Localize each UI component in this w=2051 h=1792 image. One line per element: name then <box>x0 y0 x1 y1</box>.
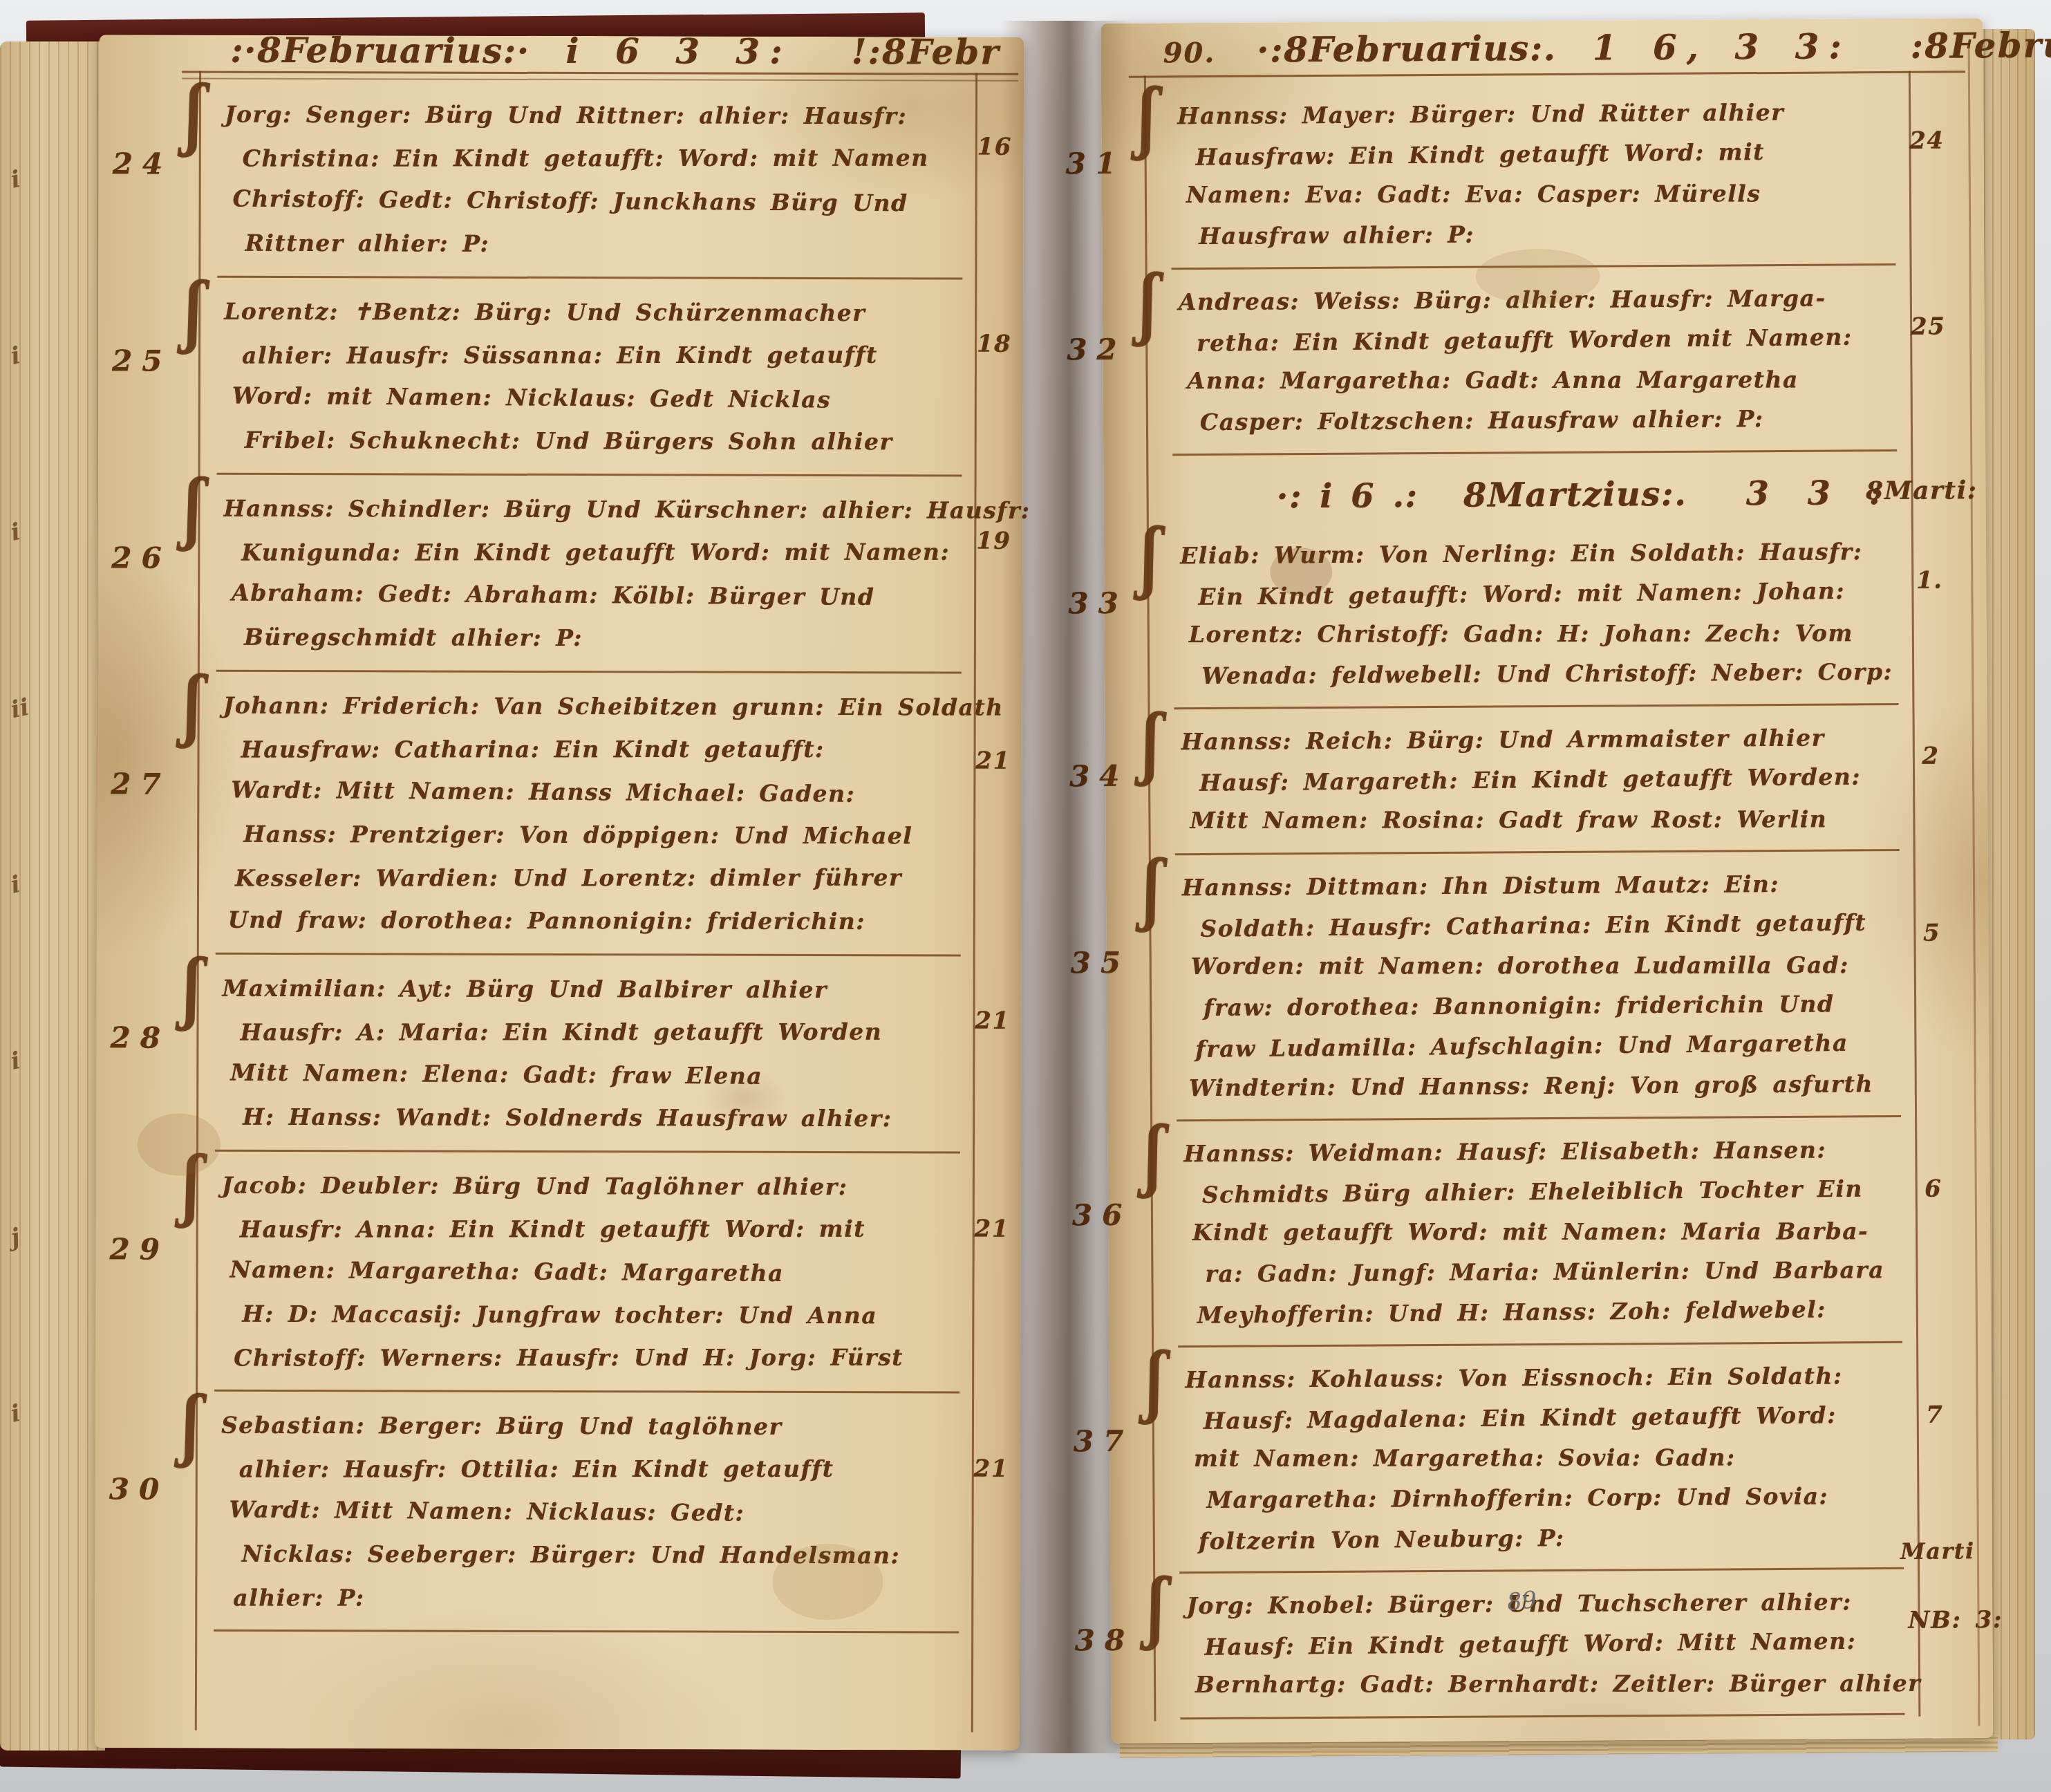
right-entries-column-feb: 31 Hannss: Mayer: Bürger: Und Rütter alh… <box>1170 80 1897 456</box>
edge-mark: i <box>8 165 23 194</box>
edge-mark: i <box>8 1047 23 1076</box>
entry-text: Hannss: Weidman: Hausf: Elisabeth: Hanse… <box>1183 1130 1898 1334</box>
march-margin-word: 8Marti: <box>1866 476 1978 505</box>
baptism-entry: 26 Hannss: Schindler: Bürg Und Kürschner… <box>216 475 962 674</box>
entry-number: 30 <box>109 1472 169 1506</box>
left-page-header: :·8Februarius:· i 6 3 3: !:8Febr <box>230 30 1000 73</box>
month-header-february: ·:8Februarius:. <box>1257 28 1557 71</box>
year-1633: 1 6, 3 3: <box>1592 26 1851 68</box>
entry-number: 27 <box>111 767 171 801</box>
edge-mark: i <box>8 342 23 371</box>
right-entries-column-mar: 33 Eliab: Wurm: Von Nerling: Ein Soldath… <box>1173 519 1905 1719</box>
left-page: :·8Februarius:· i 6 3 3: !:8Febr 24 Jorg… <box>95 35 1024 1750</box>
baptism-entry: 28 Maximilian: Ayt: Bürg Und Balbirer al… <box>215 955 961 1154</box>
edge-mark: j <box>8 1223 22 1252</box>
baptism-entry: 37 Hannss: Kohlauss: Von Eissnoch: Ein S… <box>1178 1343 1904 1574</box>
entry-number: 26 <box>111 541 171 575</box>
page-edge-rule <box>1968 46 1980 1726</box>
edge-mark: ii <box>8 693 32 724</box>
baptism-entry: 38 Jorg: Knobel: Bürger: Und Tuchscherer… <box>1179 1569 1904 1719</box>
margin-rule-right <box>971 73 977 1733</box>
entry-day-number: 6 <box>1906 1175 1961 1203</box>
entry-text: Jorg: Senger: Bürg Und Rittner: alhier: … <box>224 93 959 267</box>
year-1633: i 6 3 3: <box>566 30 792 72</box>
entry-text: Andreas: Weiss: Bürg: alhier: Hausfr: Ma… <box>1179 278 1893 442</box>
edge-mark: i <box>8 870 23 899</box>
entry-text: Eliab: Wurm: Von Nerling: Ein Soldath: H… <box>1180 532 1894 696</box>
entry-text: Hannss: Dittman: Ihn Distum Mautz: Ein:S… <box>1182 864 1897 1108</box>
baptism-entry: 34 Hannss: Reich: Bürg: Und Armmaister a… <box>1174 705 1899 855</box>
baptism-entry: 24 Jorg: Senger: Bürg Und Rittner: alhie… <box>217 81 963 280</box>
month-header-february: :·8Februarius:· <box>230 30 530 71</box>
entry-text: Sebastian: Berger: Bürg Und taglöhneralh… <box>221 1404 955 1621</box>
entry-month-note: Marti <box>1900 1538 1976 1565</box>
entry-text: Hannss: Kohlauss: Von Eissnoch: Ein Sold… <box>1185 1356 1900 1560</box>
entry-text: Jacob: Deubler: Bürg Und Taglöhner alhie… <box>221 1164 956 1381</box>
entry-number: 28 <box>110 1020 170 1054</box>
folio-number: 90. <box>1163 37 1216 69</box>
entry-text: Lorentz: ✝Bentz: Bürg: Und Schürzenmache… <box>224 290 959 464</box>
baptism-entry: 35 Hannss: Dittman: Ihn Distum Mautz: Ei… <box>1175 851 1901 1121</box>
pencil-folio-number: 89 <box>1506 1586 1538 1616</box>
entry-text: Hannss: Reich: Bürg: Und Armmaister alhi… <box>1181 718 1895 842</box>
entry-text: Jorg: Knobel: Bürger: Und Tuchscherer al… <box>1186 1582 1900 1706</box>
entry-day-number: 25 <box>1900 313 1956 341</box>
entry-day-number: 7 <box>1907 1401 1963 1429</box>
baptism-entry: 29 Jacob: Deubler: Bürg Und Taglöhner al… <box>214 1152 960 1394</box>
entry-day-number: 5 <box>1904 920 1959 947</box>
entry-number: 29 <box>110 1232 170 1266</box>
march-section: ·: i 6 .: 8Martzius:. 3 3 : 8Marti: 33 E… <box>1172 463 1904 1719</box>
baptism-entry: 27 Johann: Friderich: Van Scheibitzen gr… <box>216 672 962 957</box>
entry-text: Maximilian: Ayt: Bürg Und Balbirer alhie… <box>222 967 957 1141</box>
edge-mark: i <box>8 518 23 547</box>
baptism-entry: 32 Andreas: Weiss: Bürg: alhier: Hausfr:… <box>1172 265 1898 456</box>
baptism-entry: 31 Hannss: Mayer: Bürger: Und Rütter alh… <box>1170 80 1896 270</box>
manuscript-scan: iiiiiiiji :·8Februarius:· i 6 3 3: !:8Fe… <box>0 0 2051 1792</box>
entry-text: Hannss: Mayer: Bürger: Und Rütter alhier… <box>1177 92 1891 256</box>
month-header-march: 8Martzius:. <box>1463 475 1687 515</box>
entry-day-number: 24 <box>1899 127 1954 155</box>
right-page: 90. ·:8Februarius:. 1 6, 3 3: :8Februari… <box>1101 18 1993 1744</box>
baptism-entry: 30 Sebastian: Berger: Bürg Und taglöhner… <box>214 1392 959 1634</box>
march-header-pre: ·: i 6 .: <box>1276 476 1418 516</box>
entry-day-number: 1. <box>1902 567 1957 595</box>
entry-day-number: NB: 3: <box>1908 1606 1963 1634</box>
header-rule <box>1129 71 1965 77</box>
edge-mark: i <box>8 1399 23 1428</box>
stain <box>138 1113 221 1175</box>
baptism-entry: 36 Hannss: Weidman: Hausf: Elisabeth: Ha… <box>1177 1117 1902 1347</box>
entry-number: 25 <box>112 344 172 377</box>
gutter-shadow <box>1001 21 1132 1753</box>
entry-day-number: 2 <box>1903 742 1958 769</box>
left-entries-column: 24 Jorg: Senger: Bürg Und Rittner: alhie… <box>214 81 963 1634</box>
entry-text: Johann: Friderich: Van Scheibitzen grunn… <box>223 684 957 944</box>
header-edge-word: :8Februarij <box>1911 24 2051 66</box>
march-month-header: ·: i 6 .: 8Martzius:. 3 3 : 8Marti: <box>1172 463 1897 523</box>
header-edge-word: !:8Febr <box>851 31 1000 73</box>
entry-text: Hannss: Schindler: Bürg Und Kürschner: a… <box>223 487 958 661</box>
entry-number: 24 <box>113 147 173 180</box>
right-page-header: 90. ·:8Februarius:. 1 6, 3 3: :8Februari… <box>1163 24 2051 71</box>
baptism-entry: 33 Eliab: Wurm: Von Nerling: Ein Soldath… <box>1173 519 1899 709</box>
page-stack-edge-left: iiiiiiiji <box>0 41 105 1751</box>
baptism-entry: 25 Lorentz: ✝Bentz: Bürg: Und Schürzenma… <box>217 278 963 477</box>
